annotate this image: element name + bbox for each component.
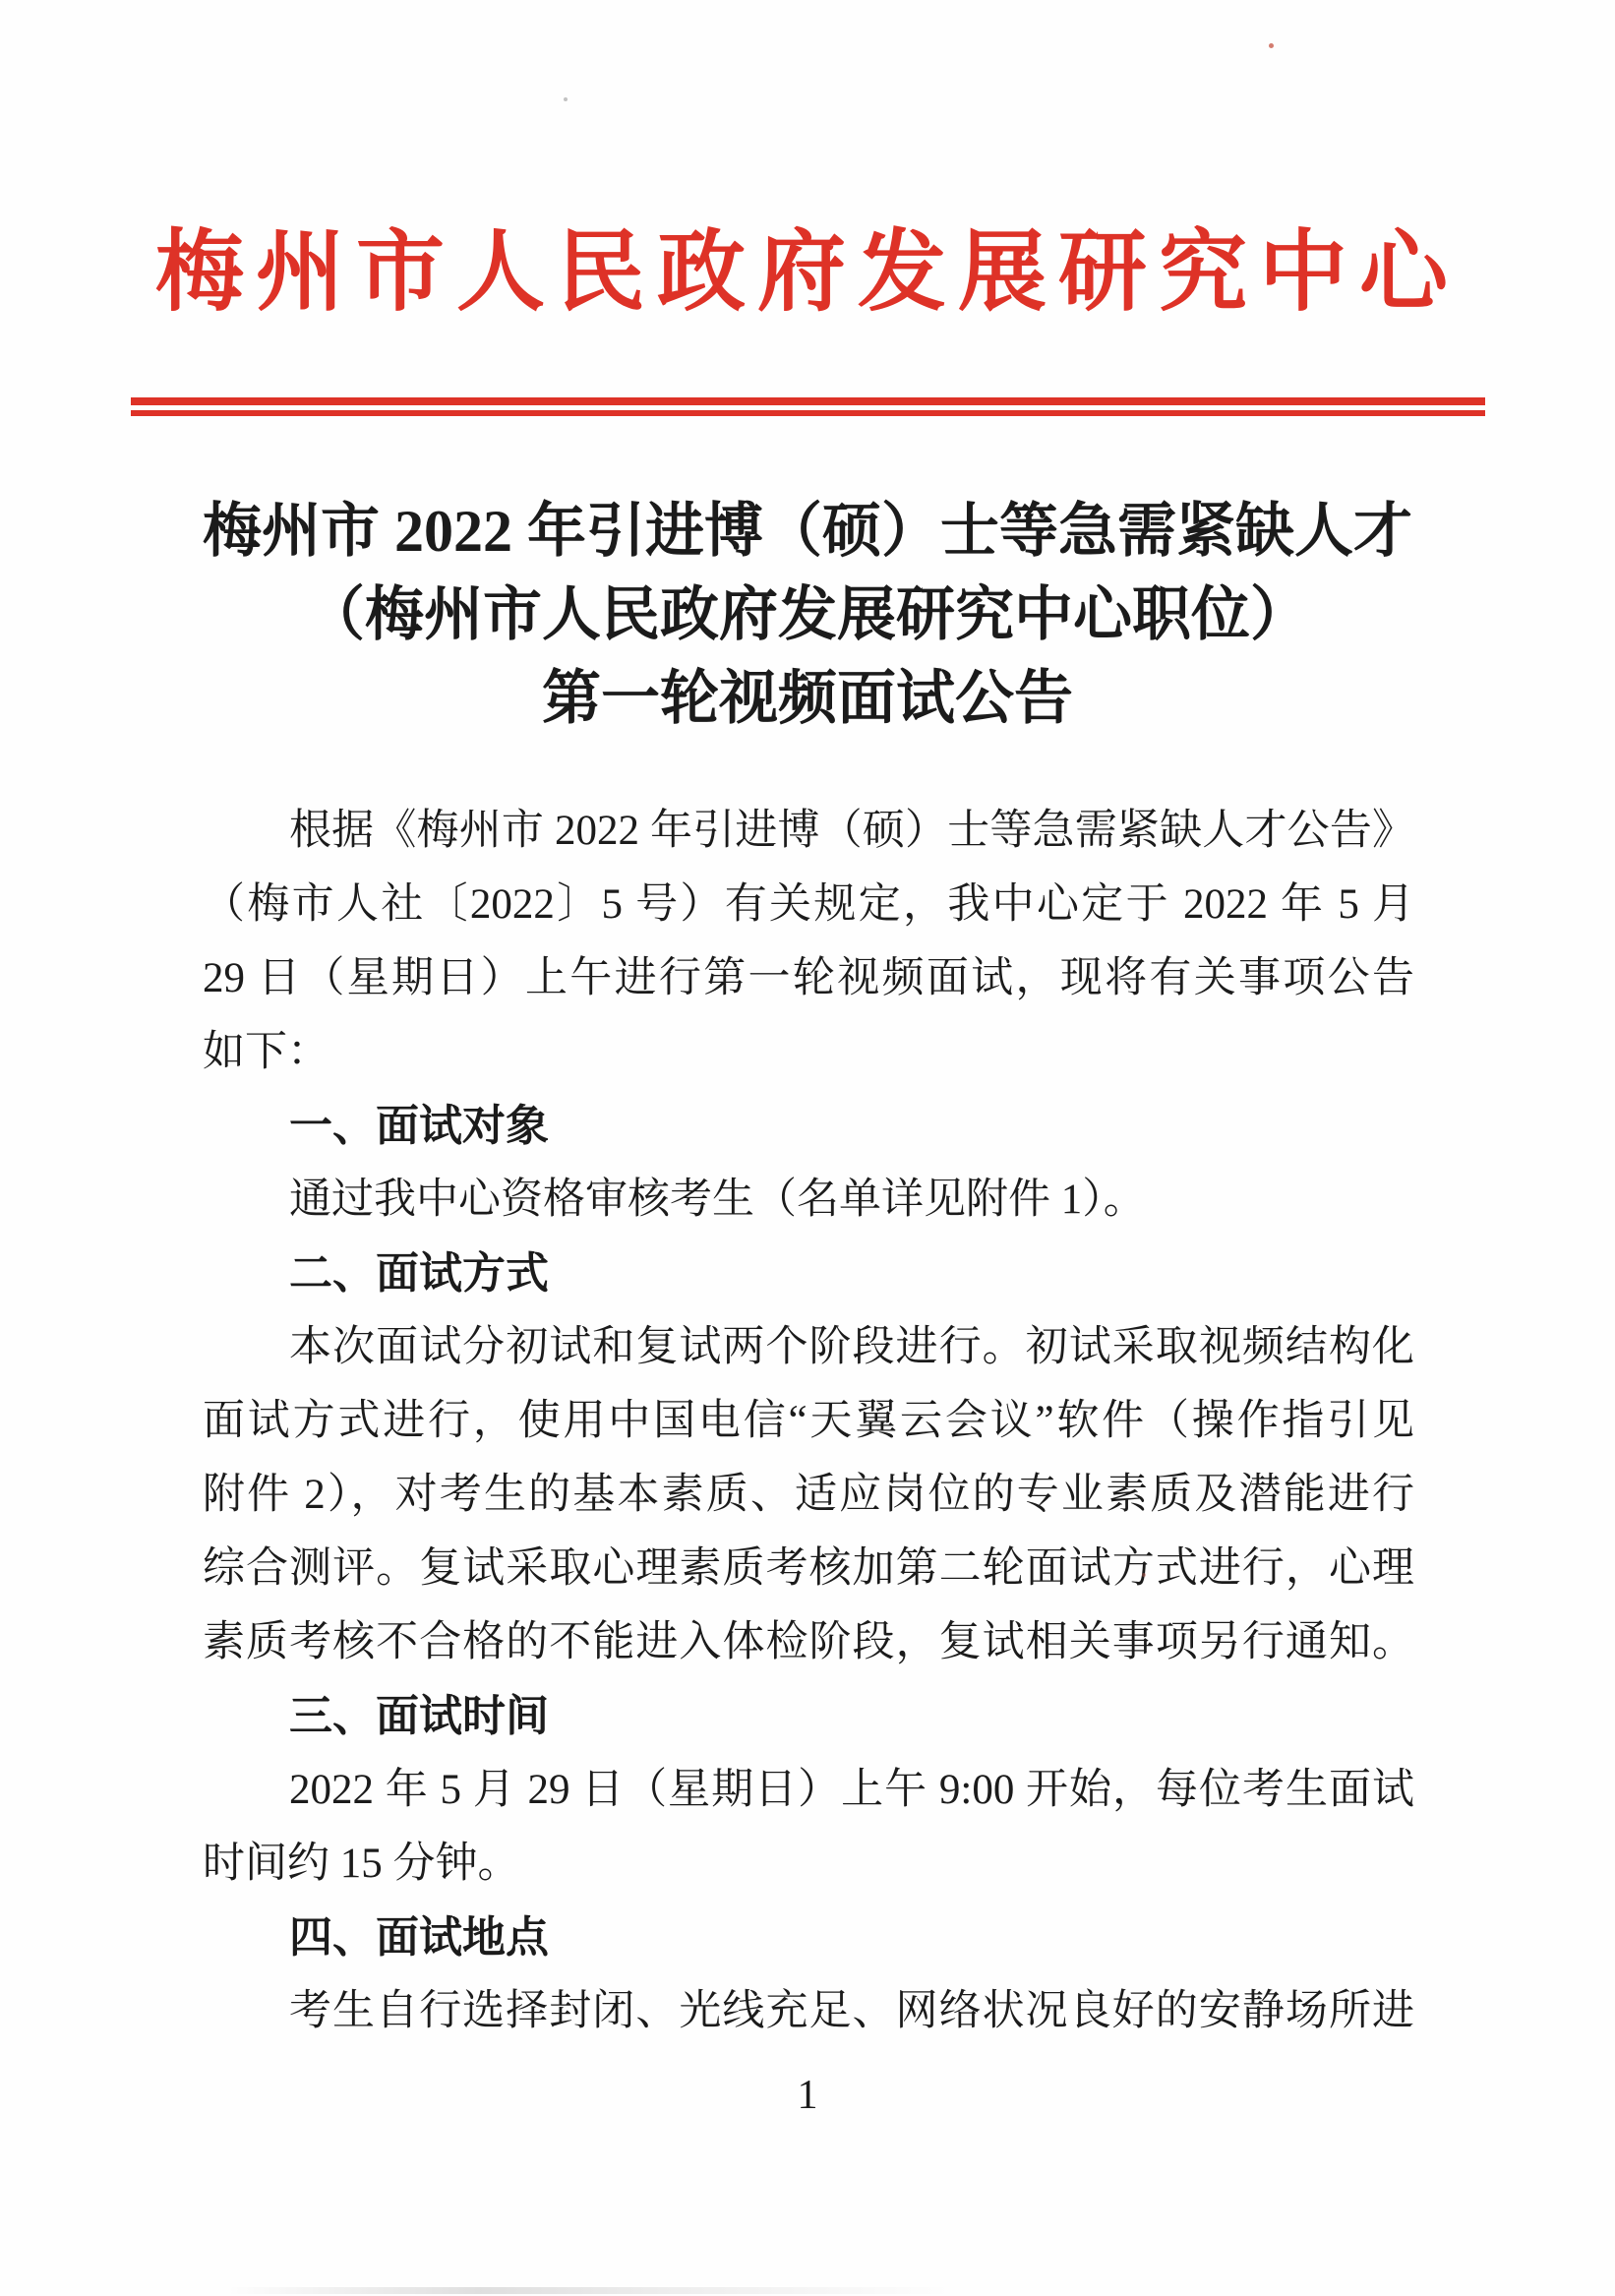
scan-speck-gray	[564, 97, 568, 101]
letterhead-rule-top	[131, 397, 1485, 405]
document-title-line-3: 第一轮视频面试公告	[0, 657, 1615, 741]
body-line: 通过我中心资格审核考生（名单详见附件 1）。	[203, 1163, 1414, 1237]
document-title-line-2: （梅州市人民政府发展研究中心职位）	[0, 574, 1615, 657]
body-line: 素质考核不合格的不能进入体检阶段，复试相关事项另行通知。	[203, 1605, 1414, 1679]
section-heading: 二、面试方式	[203, 1237, 1414, 1310]
page-number: 1	[0, 2072, 1615, 2119]
body-line: 如下：	[203, 1015, 1414, 1089]
scan-bottom-smudge	[226, 2287, 954, 2294]
section-heading: 四、面试地点	[203, 1901, 1414, 1974]
body-line: 综合测评。复试采取心理素质考核加第二轮面试方式进行，心理	[203, 1532, 1414, 1605]
section-heading: 一、面试对象	[203, 1089, 1414, 1163]
document-title: 梅州市 2022 年引进博（硕）士等急需紧缺人才 （梅州市人民政府发展研究中心职…	[0, 490, 1615, 741]
body-line: 本次面试分初试和复试两个阶段进行。初试采取视频结构化	[203, 1310, 1414, 1384]
body-line: 根据《梅州市 2022 年引进博（硕）士等急需紧缺人才公告》	[203, 794, 1414, 868]
body-line: （梅市人社〔2022〕5 号）有关规定，我中心定于 2022 年 5 月	[203, 868, 1414, 941]
document-body: 根据《梅州市 2022 年引进博（硕）士等急需紧缺人才公告》（梅市人社〔2022…	[203, 794, 1414, 2048]
document-title-line-1: 梅州市 2022 年引进博（硕）士等急需紧缺人才	[0, 490, 1615, 574]
body-line: 29 日（星期日）上午进行第一轮视频面试，现将有关事项公告	[203, 941, 1414, 1015]
body-line: 附件 2），对考生的基本素质、适应岗位的专业素质及潜能进行	[203, 1458, 1414, 1532]
body-line: 2022 年 5 月 29 日（星期日）上午 9:00 开始，每位考生面试	[203, 1753, 1414, 1827]
section-heading: 三、面试时间	[203, 1679, 1414, 1753]
document-page: 梅州市人民政府发展研究中心 梅州市 2022 年引进博（硕）士等急需紧缺人才 （…	[0, 0, 1615, 2296]
scan-speck-small	[1142, 1573, 1146, 1577]
body-line: 面试方式进行，使用中国电信“天翼云会议”软件（操作指引见	[203, 1384, 1414, 1458]
letterhead-org-name: 梅州市人民政府发展研究中心	[0, 200, 1615, 328]
letterhead-rule-bottom	[131, 410, 1485, 416]
body-line: 考生自行选择封闭、光线充足、网络状况良好的安静场所进	[203, 1974, 1414, 2048]
body-line: 时间约 15 分钟。	[203, 1827, 1414, 1901]
scan-speck-red	[1269, 43, 1274, 48]
